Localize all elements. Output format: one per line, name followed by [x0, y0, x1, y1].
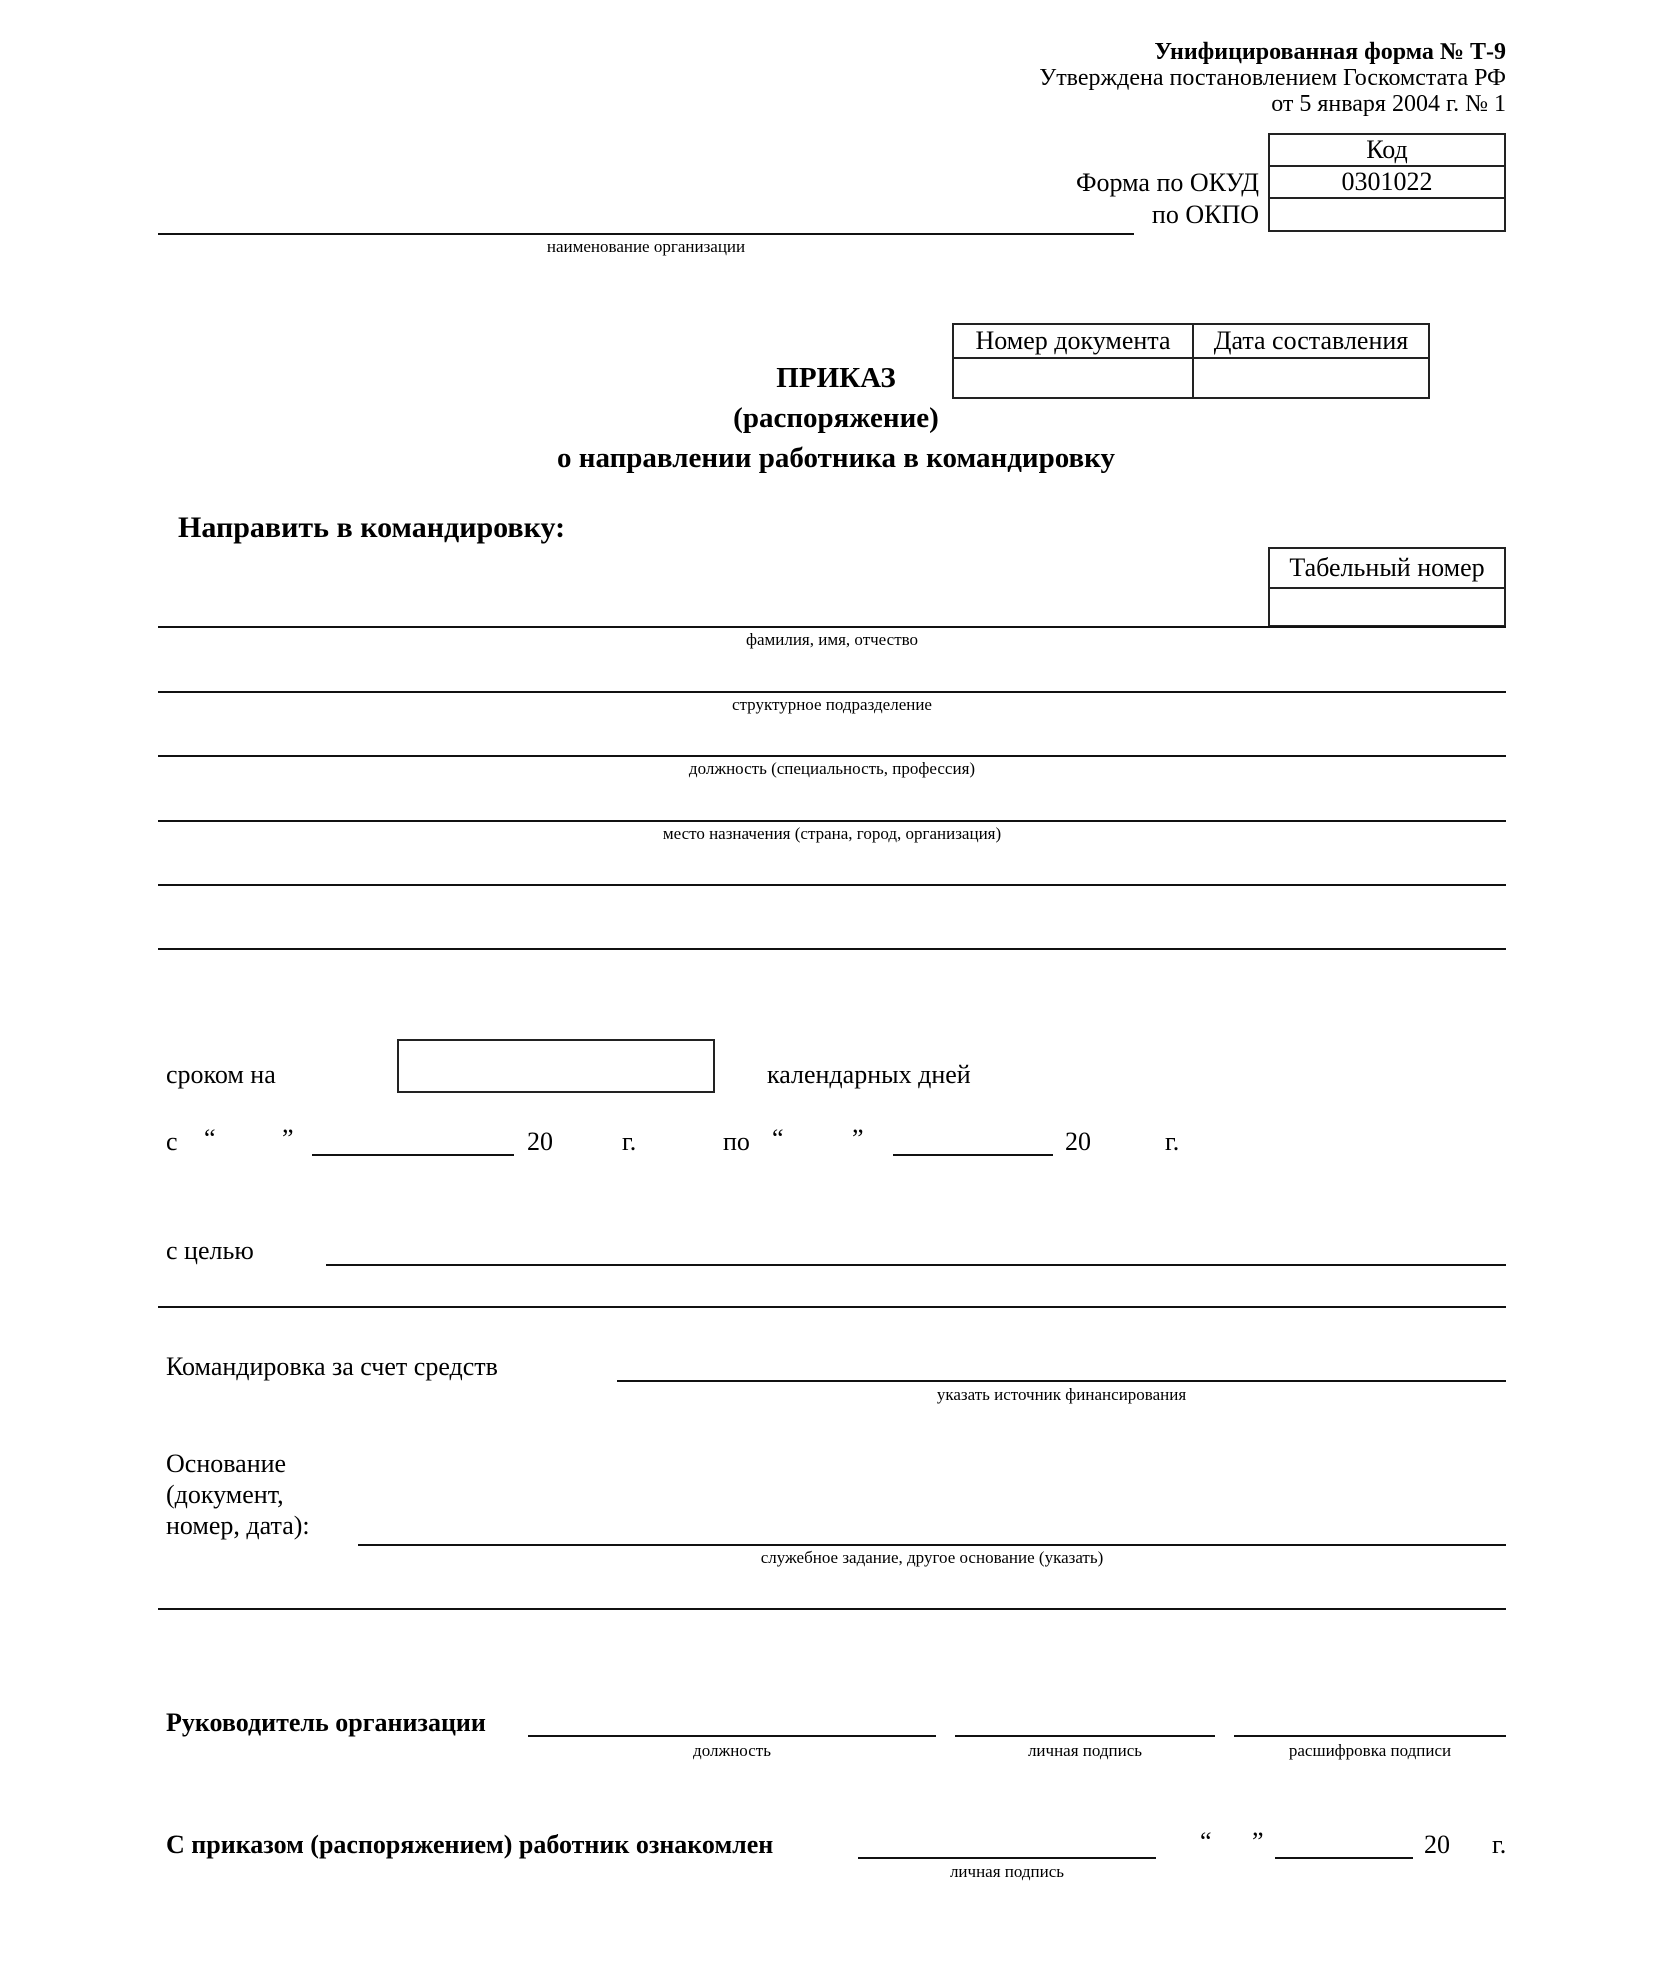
- basis-underline: [358, 1544, 1506, 1546]
- duration-days-field[interactable]: [397, 1039, 715, 1093]
- date-to-year-field[interactable]: [1098, 1120, 1160, 1152]
- basis-label-line-2: (документ,: [166, 1480, 284, 1510]
- date-to-year-suffix: г.: [1165, 1127, 1179, 1157]
- funding-source-field[interactable]: [617, 1346, 1506, 1380]
- full-name-field[interactable]: [158, 590, 1266, 624]
- personnel-number-table: Табельный номер: [1268, 547, 1506, 627]
- date-to-close-quote: ”: [852, 1124, 864, 1154]
- department-caption: структурное подразделение: [158, 695, 1506, 715]
- personnel-number-header: Табельный номер: [1269, 548, 1505, 588]
- basis-continuation-underline: [158, 1608, 1506, 1610]
- destination-underline: [158, 820, 1506, 822]
- position-underline: [158, 755, 1506, 757]
- okud-value: 0301022: [1269, 166, 1505, 198]
- date-to-open-quote: “: [772, 1124, 784, 1154]
- ack-date-century: 20: [1424, 1830, 1450, 1860]
- destination-continuation-underline-2: [158, 948, 1506, 950]
- date-to-label: по: [723, 1127, 750, 1157]
- head-position-underline: [528, 1735, 936, 1737]
- position-caption: должность (специальность, профессия): [158, 759, 1506, 779]
- acknowledgement-label: С приказом (распоряжением) работник озна…: [166, 1830, 773, 1860]
- ack-date-day-field[interactable]: [1214, 1822, 1254, 1856]
- date-from-century: 20: [527, 1127, 553, 1157]
- basis-continuation-field[interactable]: [158, 1574, 1506, 1608]
- purpose-label: с целью: [166, 1236, 254, 1266]
- duration-label: сроком на: [166, 1060, 276, 1090]
- head-signature-underline: [955, 1735, 1215, 1737]
- date-to-century: 20: [1065, 1127, 1091, 1157]
- head-signature-decoding-underline: [1234, 1735, 1506, 1737]
- date-from-open-quote: “: [204, 1124, 216, 1154]
- funding-source-underline: [617, 1380, 1506, 1382]
- destination-continuation-field-2[interactable]: [158, 914, 1506, 948]
- head-position-caption: должность: [528, 1741, 936, 1761]
- title-directive: (распоряжение): [558, 398, 1114, 438]
- ack-date-close-quote: ”: [1252, 1827, 1264, 1857]
- duration-unit: календарных дней: [767, 1060, 971, 1090]
- purpose-continuation-underline: [158, 1306, 1506, 1308]
- destination-continuation-field-1[interactable]: [158, 850, 1506, 884]
- date-to-day-field[interactable]: [790, 1120, 840, 1152]
- department-underline: [158, 691, 1506, 693]
- title-subject: о направлении работника в командировку: [458, 438, 1214, 478]
- full-name-underline: [158, 626, 1506, 628]
- full-name-caption: фамилия, имя, отчество: [158, 630, 1506, 650]
- doc-date-header: Дата составления: [1193, 324, 1429, 358]
- code-header: Код: [1269, 134, 1505, 166]
- date-from-month-underline: [312, 1154, 514, 1156]
- form-title: Унифицированная форма № Т-9: [1154, 38, 1506, 66]
- date-from-label: с: [166, 1127, 178, 1157]
- ack-date-year-suffix: г.: [1492, 1830, 1506, 1860]
- organization-field[interactable]: [158, 200, 1134, 234]
- head-signature-decoding-caption: расшифровка подписи: [1234, 1741, 1506, 1761]
- organization-underline: [158, 233, 1134, 235]
- destination-caption: место назначения (страна, город, организ…: [158, 824, 1506, 844]
- purpose-field[interactable]: [326, 1230, 1506, 1264]
- head-signature-decoding-field[interactable]: [1234, 1700, 1506, 1734]
- employee-signature-field[interactable]: [858, 1822, 1156, 1856]
- purpose-underline: [326, 1264, 1506, 1266]
- department-field[interactable]: [158, 656, 1506, 690]
- destination-field[interactable]: [158, 785, 1506, 819]
- date-from-year-field[interactable]: [560, 1120, 616, 1152]
- ack-date-month-field[interactable]: [1275, 1822, 1413, 1856]
- destination-continuation-underline-1: [158, 884, 1506, 886]
- okpo-label: по ОКПО: [1152, 200, 1259, 230]
- date-from-close-quote: ”: [282, 1124, 294, 1154]
- doc-date-field[interactable]: [1193, 358, 1429, 398]
- employee-signature-caption: личная подпись: [858, 1862, 1156, 1882]
- date-from-year-suffix: г.: [622, 1127, 636, 1157]
- basis-label-line-3: номер, дата):: [166, 1511, 310, 1541]
- approved-line-1: Утверждена постановлением Госкомстата РФ: [1039, 64, 1506, 92]
- approved-line-2: от 5 января 2004 г. № 1: [1271, 90, 1506, 118]
- funding-source-caption: указать источник финансирования: [617, 1385, 1506, 1405]
- ack-date-month-underline: [1275, 1857, 1413, 1859]
- codes-table: Код 0301022: [1268, 133, 1506, 232]
- doc-number-header: Номер документа: [953, 324, 1193, 358]
- send-heading: Направить в командировку:: [178, 508, 565, 548]
- ack-date-open-quote: “: [1200, 1827, 1212, 1857]
- head-signature-caption: личная подпись: [955, 1741, 1215, 1761]
- employee-signature-underline: [858, 1857, 1156, 1859]
- organization-caption: наименование организации: [158, 237, 1134, 257]
- purpose-continuation-field[interactable]: [158, 1272, 1506, 1306]
- ack-date-year-field[interactable]: [1456, 1822, 1490, 1856]
- basis-field[interactable]: [358, 1510, 1506, 1544]
- date-from-month-field[interactable]: [312, 1120, 514, 1152]
- date-to-month-field[interactable]: [893, 1120, 1053, 1152]
- head-signature-field[interactable]: [955, 1700, 1215, 1734]
- basis-label-line-1: Основание: [166, 1449, 286, 1479]
- date-to-month-underline: [893, 1154, 1053, 1156]
- basis-caption: служебное задание, другое основание (ука…: [358, 1548, 1506, 1568]
- date-from-day-field[interactable]: [220, 1120, 278, 1152]
- head-position-field[interactable]: [528, 1700, 936, 1734]
- personnel-number-field[interactable]: [1269, 588, 1505, 626]
- title-order: ПРИКАЗ: [558, 358, 1114, 398]
- funding-label: Командировка за счет средств: [166, 1352, 498, 1382]
- okpo-field[interactable]: [1269, 198, 1505, 231]
- position-field[interactable]: [158, 720, 1506, 754]
- head-signature-label: Руководитель организации: [166, 1708, 486, 1738]
- okud-label: Форма по ОКУД: [1076, 168, 1259, 198]
